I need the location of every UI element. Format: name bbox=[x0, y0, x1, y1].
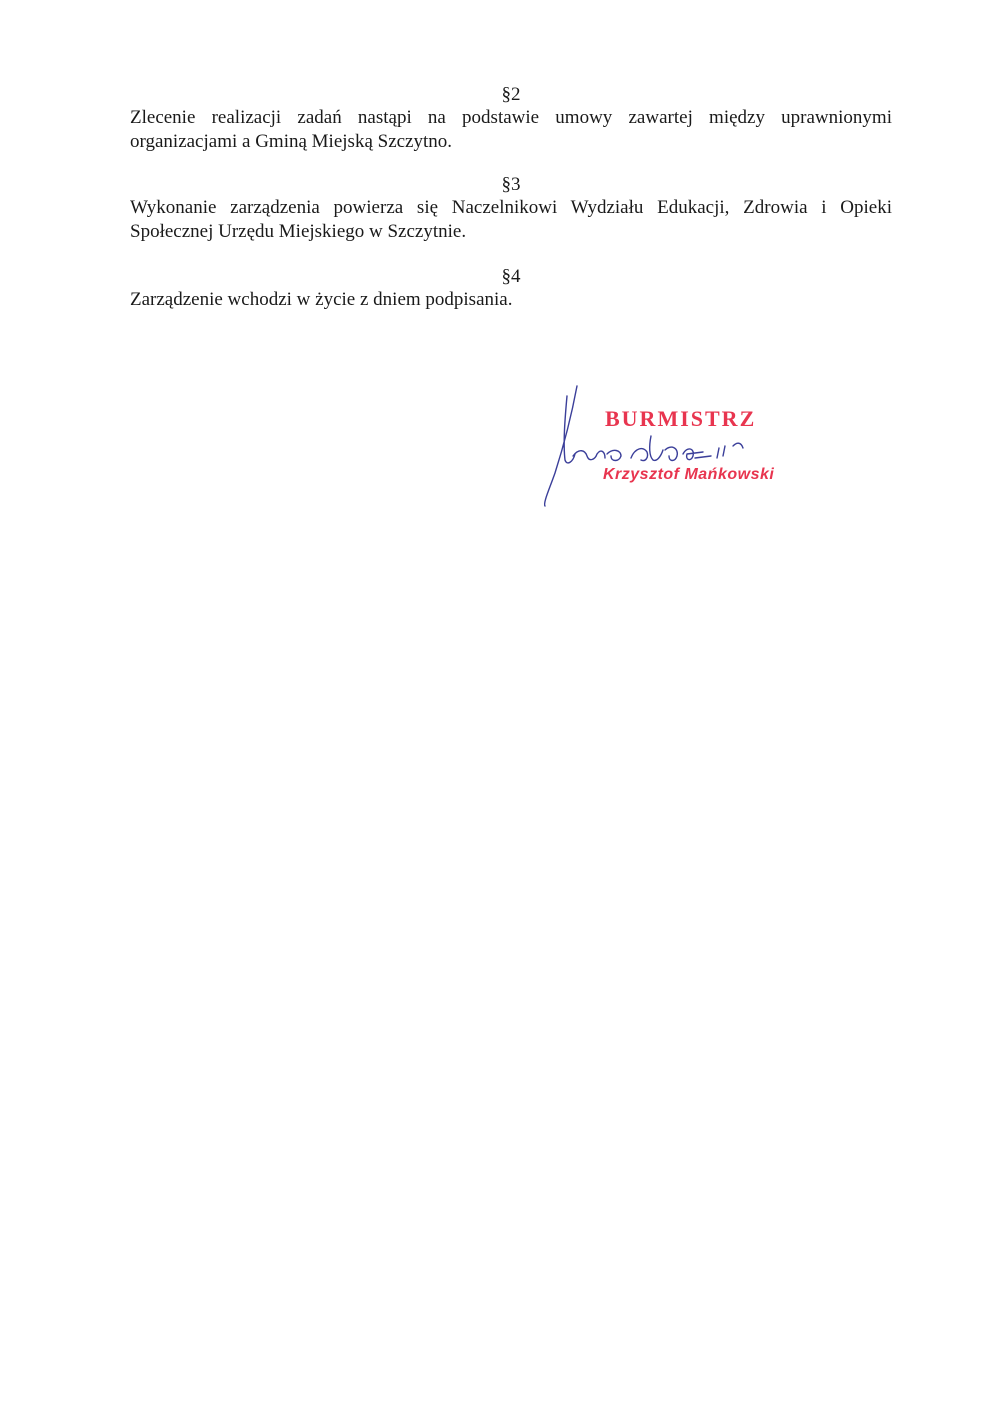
section-heading: §4 bbox=[130, 266, 892, 288]
paragraph-line: organizacjami a Gminą Miejską Szczytno. bbox=[130, 130, 892, 154]
signature-block: BURMISTRZ Krzysztof Mańkowski bbox=[535, 378, 855, 518]
paragraph-line: Wykonanie zarządzenia powierza się Nacze… bbox=[130, 196, 892, 220]
section-2: §2 Zlecenie realizacji zadań nastąpi na … bbox=[130, 84, 892, 154]
document-page: §2 Zlecenie realizacji zadań nastąpi na … bbox=[0, 0, 1000, 1413]
section-heading: §2 bbox=[130, 84, 892, 106]
paragraph-line: Zlecenie realizacji zadań nastąpi na pod… bbox=[130, 106, 892, 130]
section-body: Zarządzenie wchodzi w życie z dniem podp… bbox=[130, 288, 892, 312]
section-3: §3 Wykonanie zarządzenia powierza się Na… bbox=[130, 174, 892, 244]
section-4: §4 Zarządzenie wchodzi w życie z dniem p… bbox=[130, 266, 892, 312]
section-body: Wykonanie zarządzenia powierza się Nacze… bbox=[130, 196, 892, 244]
stamp-title: BURMISTRZ bbox=[605, 406, 756, 432]
handwritten-signature-icon bbox=[535, 378, 855, 518]
section-body: Zlecenie realizacji zadań nastąpi na pod… bbox=[130, 106, 892, 154]
section-heading: §3 bbox=[130, 174, 892, 196]
paragraph-line: Zarządzenie wchodzi w życie z dniem podp… bbox=[130, 288, 892, 312]
stamp-name: Krzysztof Mańkowski bbox=[603, 466, 774, 484]
paragraph-line: Społecznej Urzędu Miejskiego w Szczytnie… bbox=[130, 220, 892, 244]
